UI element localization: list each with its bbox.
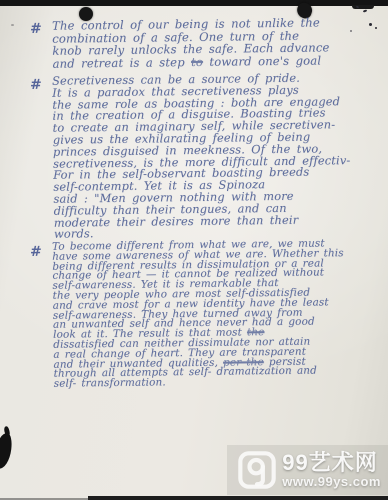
paragraph-1-lines: The control of our being is not unlike t… [52,16,383,70]
crossed-out-word: the [247,326,265,338]
paragraph-2-lines: Secretiveness can be a source of pride.I… [52,72,384,241]
watermark-site-url: www.99ys.com [282,474,381,489]
scanned-manuscript-page: # The control of our being is not unlike… [0,0,388,500]
paragraph-marker: # [30,76,52,93]
handwritten-line: and retreat is a step to toward one's go… [52,53,382,70]
scan-border-bottom [88,496,388,500]
scan-border-top [0,0,388,6]
99ys-logo-icon [237,450,277,490]
watermark: 99艺术网 www.99ys.com [227,445,388,495]
watermark-site-name: 99艺术网 [282,451,377,474]
paragraph-marker: # [30,243,52,260]
paragraph-3: # To become different from what we are, … [30,239,384,390]
ink-blot [0,432,13,470]
ink-speck [363,9,367,12]
paragraph-marker: # [30,20,52,37]
crossed-out-word: per the [223,356,264,368]
paragraph-1: # The control of our being is not unlike… [30,16,383,70]
ink-speck [11,24,14,26]
crossed-out-word: to [191,54,203,68]
paragraph-2: # Secretiveness can be a source of pride… [30,72,384,241]
paragraph-3-lines: To become different from what we are, we… [52,239,384,390]
